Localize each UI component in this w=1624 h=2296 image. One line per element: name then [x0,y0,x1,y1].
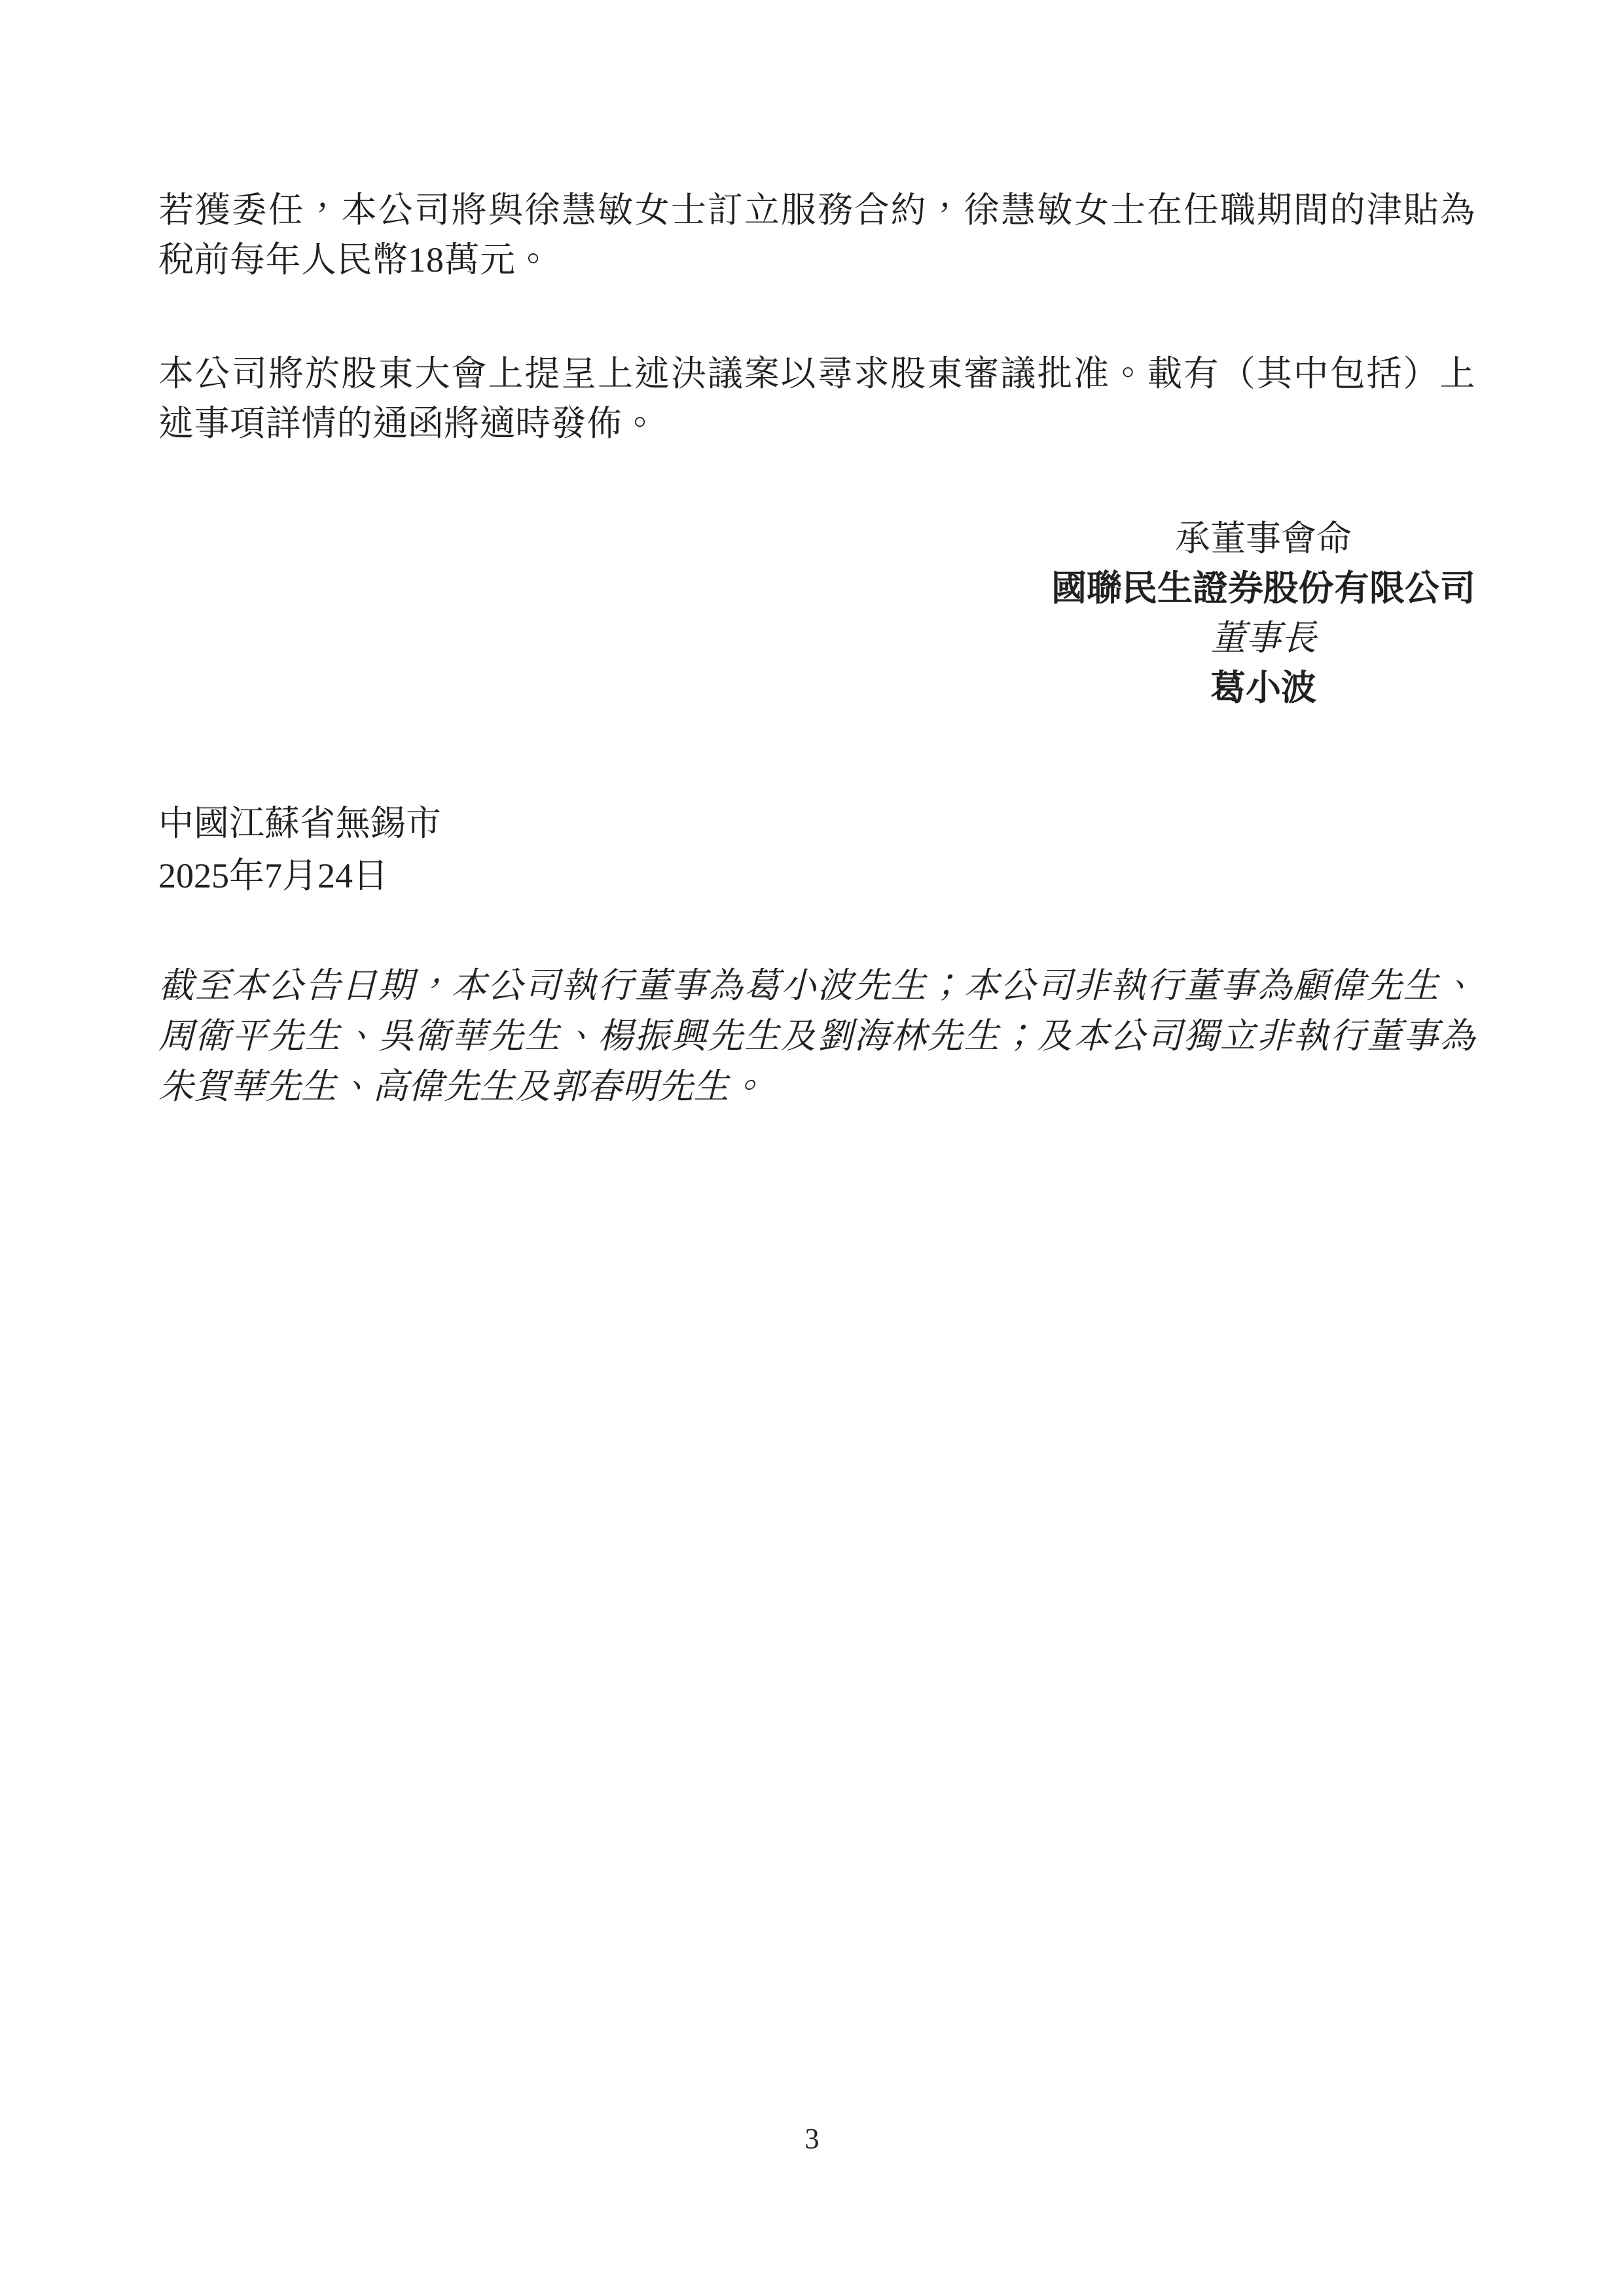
by-order-of-the-board: 承董事會命 [1051,514,1475,564]
paragraph-service-contract-remuneration: 若獲委任，本公司將與徐慧敏女士訂立服務合約，徐慧敏女士在任職期間的津貼為稅前每年… [158,185,1475,285]
signature-inner: 承董事會命 國聯民生證券股份有限公司 董事長 葛小波 [1051,514,1475,713]
paragraph-general-meeting-circular: 本公司將於股東大會上提呈上述決議案以尋求股東審議批准。載有（其中包括）上述事項詳… [158,349,1475,448]
directors-composition-note: 截至本公告日期，本公司執行董事為葛小波先生；本公司非執行董事為顧偉先生、周衛平先… [158,961,1475,1112]
place-date-block: 中國江蘇省無錫市 2025年7月24日 [158,797,441,902]
place-line: 中國江蘇省無錫市 [158,797,441,850]
date-line: 2025年7月24日 [158,850,441,902]
page-number: 3 [0,2123,1624,2155]
company-name: 國聯民生證券股份有限公司 [1051,564,1475,613]
chairman-name: 葛小波 [1051,663,1475,713]
announcement-page: 若獲委任，本公司將與徐慧敏女士訂立服務合約，徐慧敏女士在任職期間的津貼為稅前每年… [0,0,1624,2296]
chairman-title: 董事長 [1051,613,1475,663]
signature-block: 承董事會命 國聯民生證券股份有限公司 董事長 葛小波 [1051,514,1475,713]
